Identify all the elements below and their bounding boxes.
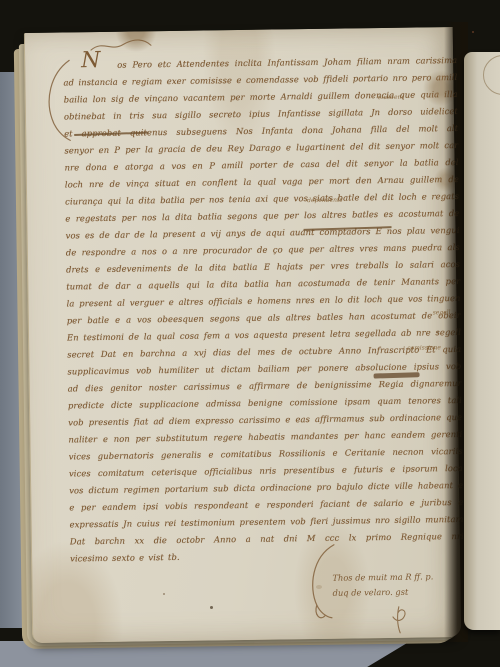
manuscript-photo: N os Pero etc Attendentes inclita Infant…: [0, 0, 500, 667]
ink-speck: [210, 606, 213, 609]
text-block: os Pero etc Attendentes inclita Infantis…: [63, 52, 464, 567]
interlinear-note: comissione: [407, 344, 441, 351]
ink-speck: [437, 331, 439, 333]
interlinear-note: eiusdem: [378, 94, 404, 101]
manuscript-page: N os Pero etc Attendentes inclita Infant…: [24, 27, 461, 643]
ink-speck: [163, 593, 165, 595]
ink-speck: [472, 31, 474, 33]
interlinear-note: dependents: [307, 197, 343, 204]
notary-mark: [389, 604, 409, 638]
stain-spot: [316, 585, 322, 589]
facing-page-edge: [464, 52, 500, 630]
